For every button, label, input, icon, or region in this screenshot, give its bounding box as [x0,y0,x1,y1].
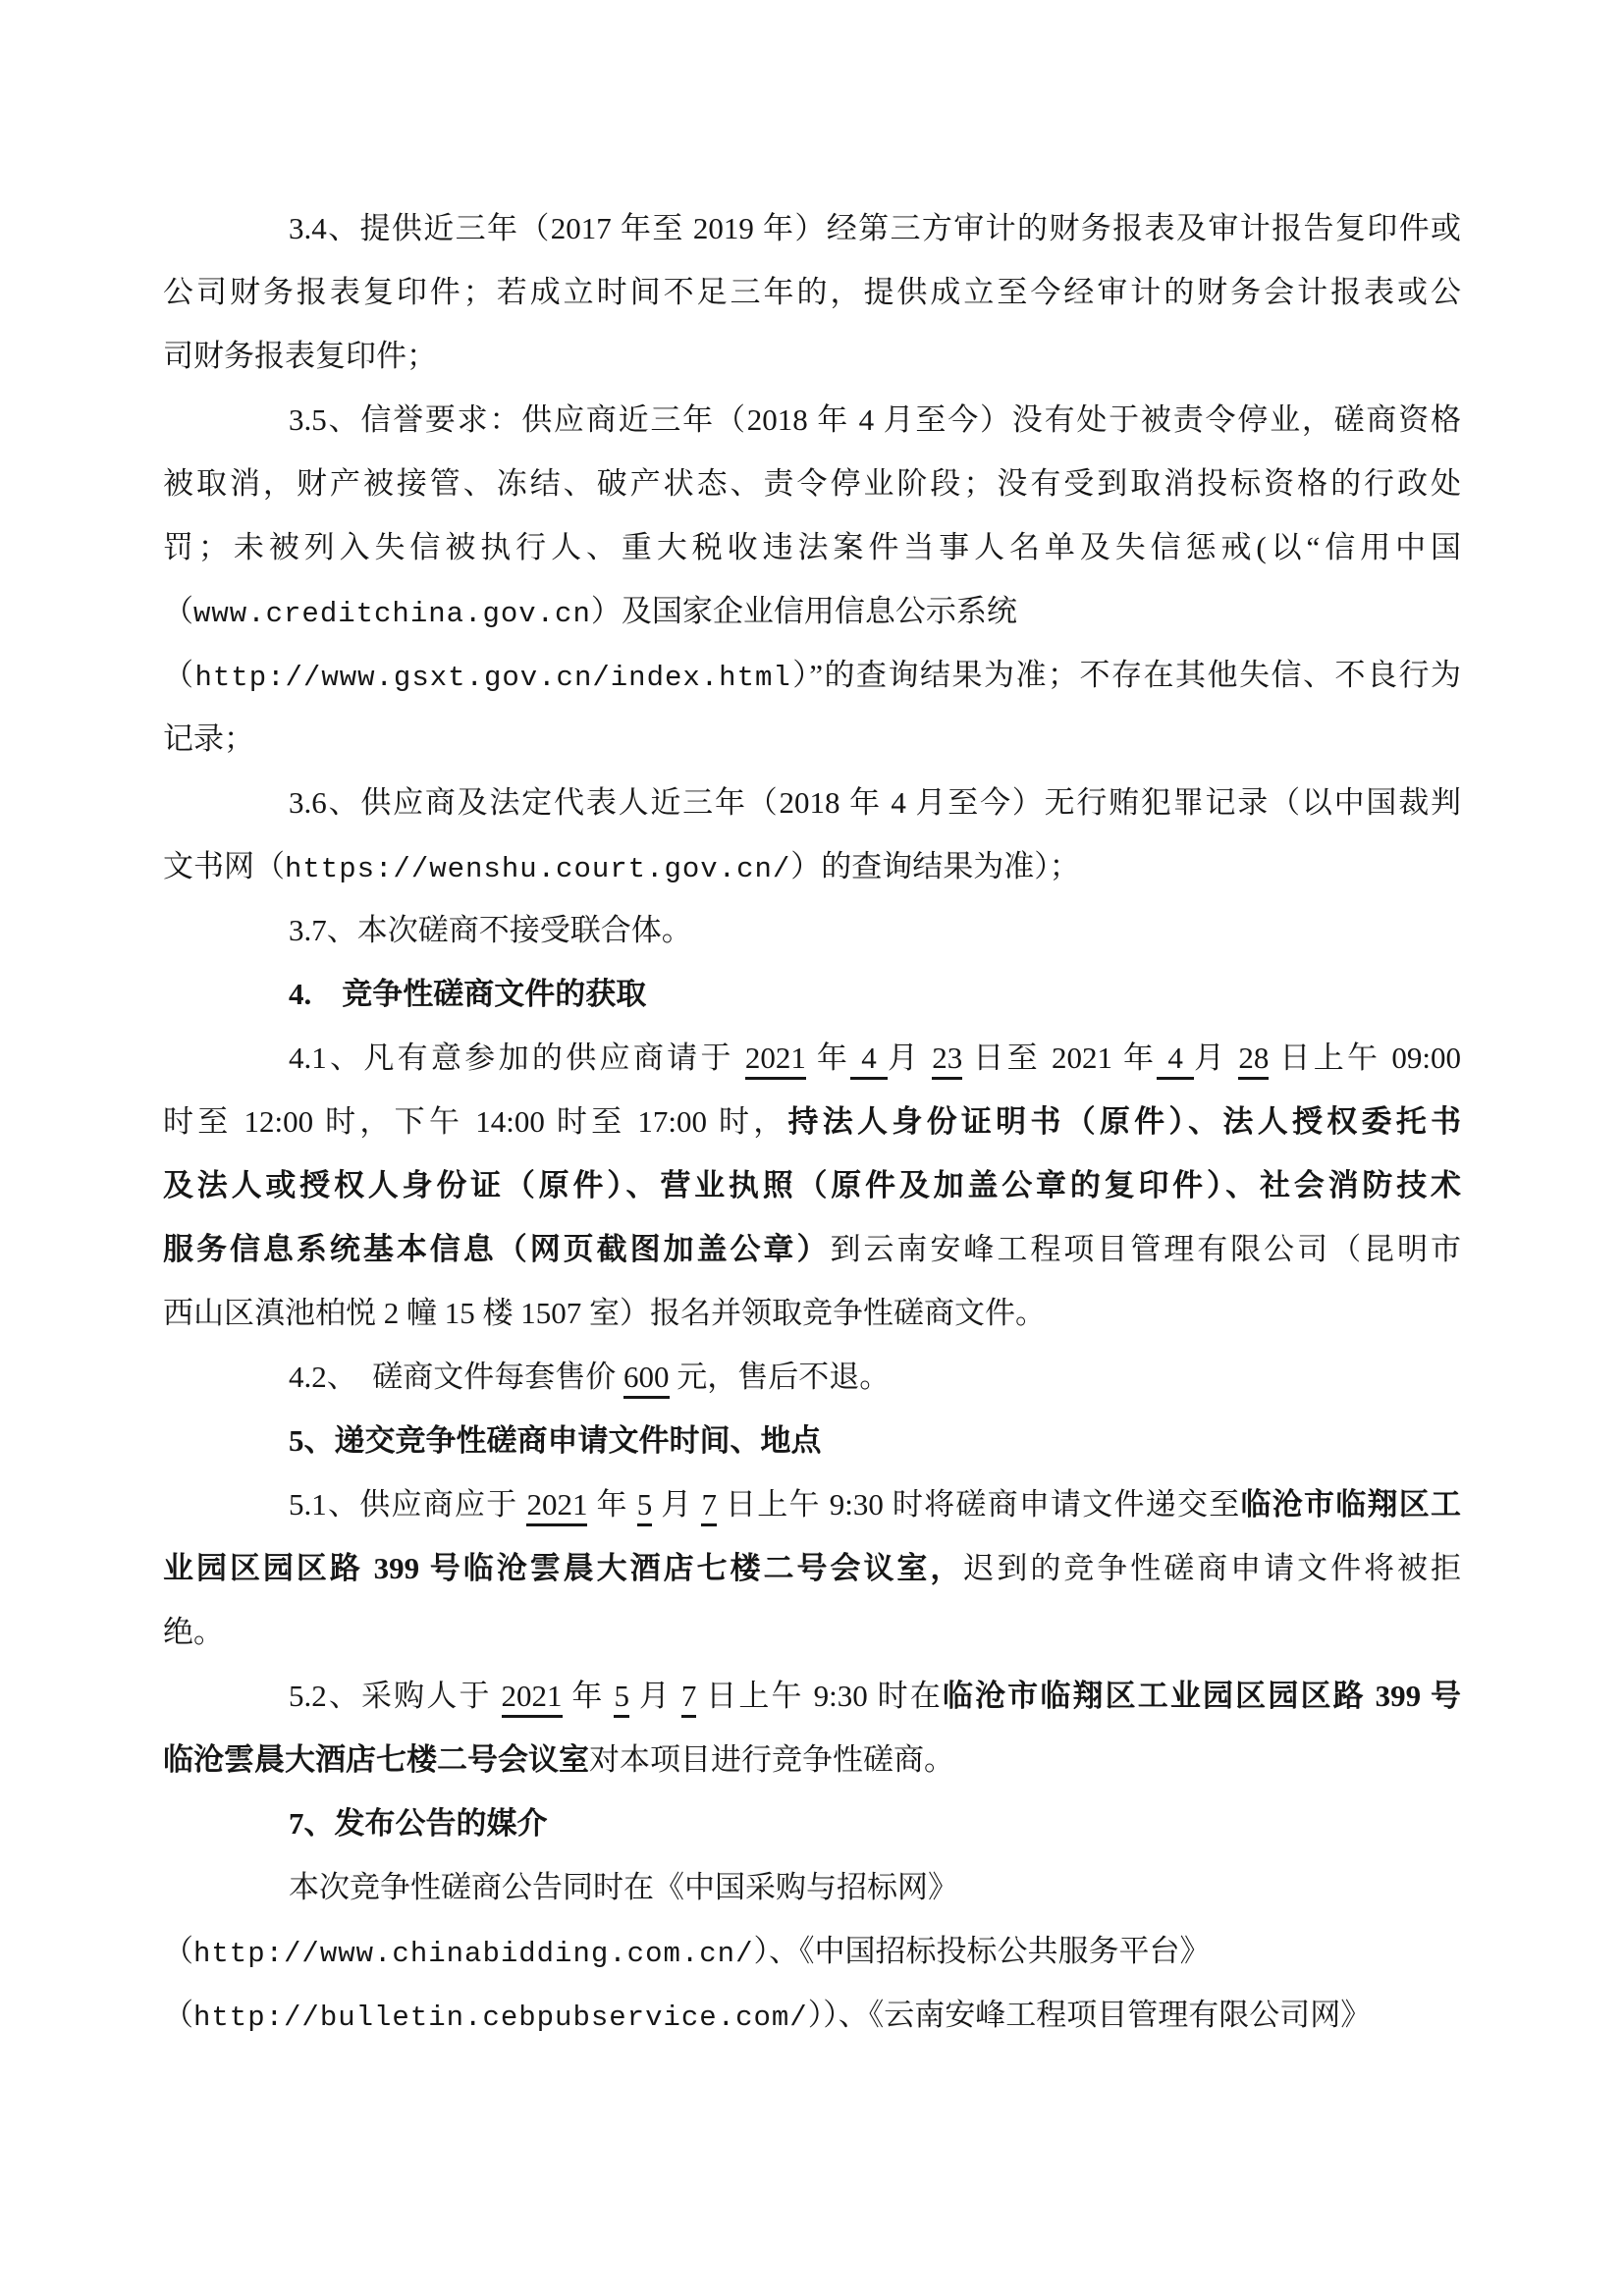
text-segment: 对本项目进行竞争性磋商。 [589,1742,954,1777]
text-segment: 日上午 9:30 时将磋商申请文件递交至 [717,1487,1241,1522]
underlined-value: 7 [701,1487,717,1526]
text-segment: 3.5、信誉要求：供应商近三年（2018 年 4 月至今）没有处于被责令停业，磋… [289,402,1461,437]
text-segment: ））、《云南安峰工程项目管理有限公司网》 [808,1998,1372,2032]
text-segment: 时至 12:00 时，下午 14:00 时至 17:00 时， [163,1104,788,1139]
text-segment: ）的查询结果为准）； [790,849,1080,883]
url-text: http://www.gsxt.gov.cn/index.html [195,662,791,694]
para-3-4-line-3: 司财务报表复印件； [163,324,1461,388]
para-5-1-line-2: 业园区园区路 399 号临沧雲晨大酒店七楼二号会议室，迟到的竞争性磋商申请文件将… [163,1536,1461,1600]
text-segment: 元，售后不退。 [670,1360,891,1394]
para-3-5-line-6: 记录； [163,707,1461,771]
underlined-value: 2021 [502,1679,563,1718]
url-text: https://wenshu.court.gov.cn/ [285,853,790,885]
section-heading-7: 7、发布公告的媒介 [163,1791,1461,1855]
text-segment: （ [163,658,195,692]
text-segment: 临沧市临翔区工 [1241,1487,1461,1522]
text-segment: 4. 竞争性磋商文件的获取 [289,977,646,1011]
text-segment: 文书网（ [163,849,285,883]
text-segment: 5.2、采购人于 [289,1679,502,1713]
text-segment: 临沧市临翔区工业园区园区路 399 号 [943,1679,1461,1713]
para-4-1-line-3: 及法人或授权人身份证（原件）、营业执照（原件及加盖公章的复印件）、社会消防技术 [163,1153,1461,1217]
underlined-value: 28 [1238,1041,1269,1080]
text-segment: 3.6、供应商及法定代表人近三年（2018 年 4 月至今）无行贿犯罪记录（以中… [289,785,1461,820]
underlined-value: 5 [637,1487,653,1526]
text-segment: （ [163,1998,193,2032]
text-segment: 业园区园区路 399 号临沧雲晨大酒店七楼二号会议室， [163,1551,963,1585]
text-segment: 5、递交竞争性磋商申请文件时间、地点 [289,1423,822,1458]
para-7-line-3: （http://bulletin.cebpubservice.com/））、《云… [163,1983,1461,2047]
text-segment: 月 [629,1679,681,1713]
para-7-line-2: （http://www.chinabidding.com.cn/）、《中国招标投… [163,1919,1461,1983]
text-segment: 临沧雲晨大酒店七楼二号会议室 [163,1742,589,1777]
text-segment: 4.1、凡有意参加的供应商请于 [289,1041,745,1075]
para-3-6-line-1: 3.6、供应商及法定代表人近三年（2018 年 4 月至今）无行贿犯罪记录（以中… [163,771,1461,834]
text-segment: 日上午 9:30 时在 [696,1679,943,1713]
text-segment: 日至 2021 年 [962,1041,1157,1075]
para-4-2: 4.2、 磋商文件每套售价 600 元，售后不退。 [163,1345,1461,1409]
text-segment: 及法人或授权人身份证（原件）、营业执照（原件及加盖公章的复印件）、社会消防技术 [163,1168,1461,1202]
underlined-value: 2021 [745,1041,806,1080]
para-3-7: 3.7、本次磋商不接受联合体。 [163,898,1461,962]
para-3-5-line-5: （http://www.gsxt.gov.cn/index.html）”的查询结… [163,643,1461,707]
underlined-value: 2021 [526,1487,587,1526]
text-segment: 3.4、提供近三年（2017 年至 2019 年）经第三方审计的财务报表及审计报… [289,211,1461,245]
para-4-1-line-5: 西山区滇池柏悦 2 幢 15 楼 1507 室）报名并领取竞争性磋商文件。 [163,1281,1461,1345]
para-5-2-line-2: 临沧雲晨大酒店七楼二号会议室对本项目进行竞争性磋商。 [163,1728,1461,1791]
text-segment: 持法人身份证明书（原件）、法人授权委托书 [788,1104,1461,1139]
text-segment: 本次竞争性磋商公告同时在《中国采购与招标网》 [289,1870,958,1904]
para-3-5-line-1: 3.5、信誉要求：供应商近三年（2018 年 4 月至今）没有处于被责令停业，磋… [163,388,1461,452]
para-3-5-line-3: 罚；未被列入失信被执行人、重大税收违法案件当事人名单及失信惩戒(以“信用中国 [163,515,1461,579]
text-segment: 记录； [163,721,254,756]
underlined-value: 23 [932,1041,962,1080]
text-segment: 迟到的竞争性磋商申请文件将被拒 [963,1551,1461,1585]
underlined-value: 7 [681,1679,697,1718]
para-3-4-line-2: 公司财务报表复印件；若成立时间不足三年的，提供成立至今经审计的财务会计报表或公 [163,260,1461,324]
underlined-value: 4 [850,1041,888,1080]
text-segment: 西山区滇池柏悦 2 幢 15 楼 1507 室）报名并领取竞争性磋商文件。 [163,1296,1046,1330]
text-segment: 服务信息系统基本信息（网页截图加盖公章） [163,1232,830,1266]
para-3-6-line-2: 文书网（https://wenshu.court.gov.cn/）的查询结果为准… [163,834,1461,898]
underlined-value: 4 [1157,1041,1194,1080]
text-segment: 7、发布公告的媒介 [289,1806,548,1841]
text-segment: 绝。 [163,1615,224,1649]
para-4-1-line-4: 服务信息系统基本信息（网页截图加盖公章）到云南安峰工程项目管理有限公司（昆明市 [163,1217,1461,1281]
para-5-1-line-1: 5.1、供应商应于 2021 年 5 月 7 日上午 9:30 时将磋商申请文件… [163,1472,1461,1536]
url-text: www.creditchina.gov.cn [193,598,591,630]
para-4-1-line-2: 时至 12:00 时，下午 14:00 时至 17:00 时，持法人身份证明书（… [163,1090,1461,1153]
text-segment: 5.1、供应商应于 [289,1487,526,1522]
para-3-4-line-1: 3.4、提供近三年（2017 年至 2019 年）经第三方审计的财务报表及审计报… [163,196,1461,260]
text-segment: 被取消，财产被接管、冻结、破产状态、责令停业阶段；没有受到取消投标资格的行政处 [163,466,1461,501]
text-segment: 3.7、本次磋商不接受联合体。 [289,913,692,947]
text-segment: （ [163,1934,193,1968]
text-segment: 日上午 09:00 [1269,1041,1461,1075]
text-segment: 罚；未被列入失信被执行人、重大税收违法案件当事人名单及失信惩戒(以“信用中国 [163,530,1461,564]
para-3-5-line-2: 被取消，财产被接管、冻结、破产状态、责令停业阶段；没有受到取消投标资格的行政处 [163,452,1461,515]
text-segment: 年 [563,1679,615,1713]
text-segment: ）及国家企业信用信息公示系统 [591,594,1017,628]
text-segment: ）、《中国招标投标公共服务平台》 [754,1934,1211,1968]
text-segment: 年 [806,1041,850,1075]
section-heading-4: 4. 竞争性磋商文件的获取 [163,962,1461,1026]
text-segment: 年 [587,1487,636,1522]
underlined-value: 5 [614,1679,629,1718]
underlined-value: 600 [623,1360,670,1399]
url-text: http://www.chinabidding.com.cn/ [193,1938,754,1970]
document-body: 3.4、提供近三年（2017 年至 2019 年）经第三方审计的财务报表及审计报… [163,196,1461,2047]
para-4-1-line-1: 4.1、凡有意参加的供应商请于 2021 年 4 月 23 日至 2021 年 … [163,1026,1461,1090]
text-segment: （ [163,594,193,628]
text-segment: 公司财务报表复印件；若成立时间不足三年的，提供成立至今经审计的财务会计报表或公 [163,275,1461,309]
text-segment: ）”的查询结果为准；不存在其他失信、不良行为 [791,658,1461,692]
para-7-line-1: 本次竞争性磋商公告同时在《中国采购与招标网》 [163,1855,1461,1919]
para-3-5-line-4: （www.creditchina.gov.cn）及国家企业信用信息公示系统 [163,579,1461,643]
text-segment: 4.2、 磋商文件每套售价 [289,1360,623,1394]
para-5-1-line-3: 绝。 [163,1600,1461,1664]
section-heading-5: 5、递交竞争性磋商申请文件时间、地点 [163,1409,1461,1472]
text-segment: 司财务报表复印件； [163,339,437,373]
text-segment: 月 [888,1041,932,1075]
document-page: 3.4、提供近三年（2017 年至 2019 年）经第三方审计的财务报表及审计报… [0,0,1624,2296]
text-segment: 到云南安峰工程项目管理有限公司（昆明市 [830,1232,1461,1266]
text-segment: 月 [1194,1041,1238,1075]
url-text: http://bulletin.cebpubservice.com/ [193,2002,808,2034]
para-5-2-line-1: 5.2、采购人于 2021 年 5 月 7 日上午 9:30 时在临沧市临翔区工… [163,1664,1461,1728]
text-segment: 月 [652,1487,701,1522]
